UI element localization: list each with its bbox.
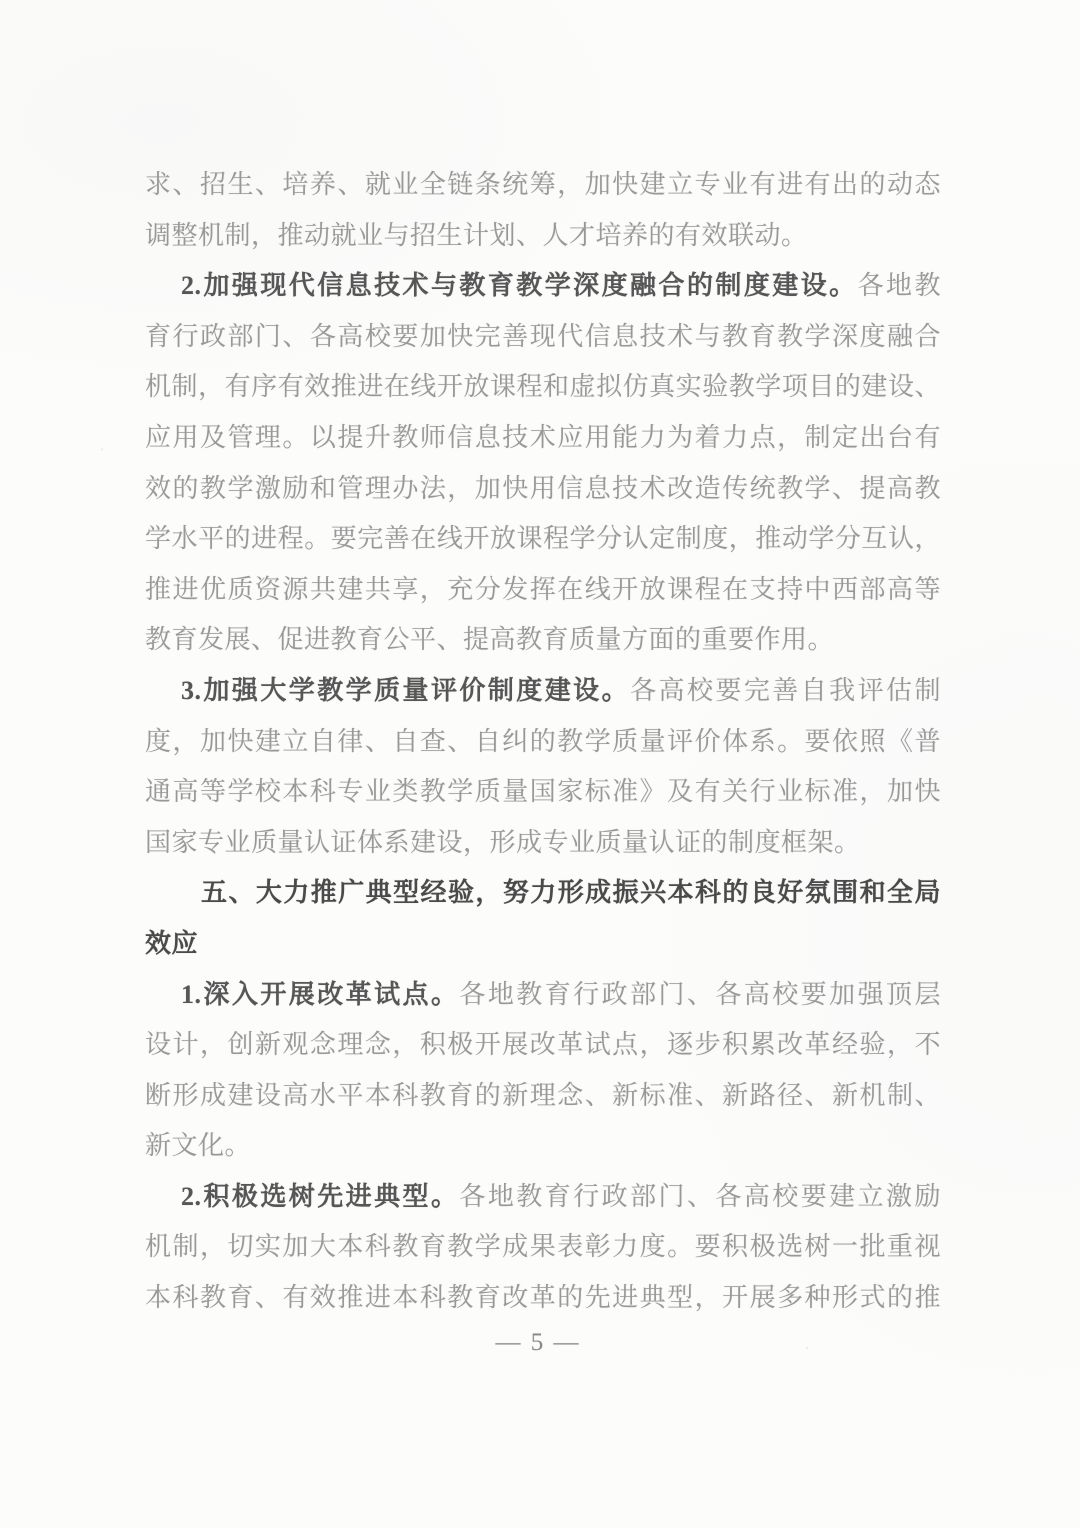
text-line: 五、大力推广典型经验，努力形成振兴本科的良好氛围和全局 — [145, 868, 941, 919]
text-segment: 机制，有序有效推进在线开放课程和虚拟仿真实验教学项目的建设、 — [145, 372, 941, 401]
text-line: 机制，有序有效推进在线开放课程和虚拟仿真实验教学项目的建设、 — [145, 362, 941, 413]
text-line: 教育发展、促进教育公平、提高教育质量方面的重要作用。 — [145, 615, 941, 666]
text-line: 应用及管理。以提升教师信息技术应用能力为着力点，制定出台有 — [145, 413, 941, 464]
text-segment: 国家专业质量认证体系建设，形成专业质量认证的制度框架。 — [145, 828, 861, 857]
text-line: 度，加快建立自律、自查、自纠的教学质量评价体系。要依照《普 — [145, 717, 941, 768]
text-segment: 推进优质资源共建共享，充分发挥在线开放课程在支持中西部高等 — [145, 575, 941, 604]
scan-speck — [466, 232, 469, 235]
page-number: — 5 — — [0, 1328, 1076, 1358]
bold-segment: 1.深入开展改革试点。 — [181, 980, 459, 1009]
text-line: 学水平的进程。要完善在线开放课程学分认定制度，推动学分互认， — [145, 514, 941, 565]
text-line: 求、招生、培养、就业全链条统筹，加快建立专业有进有出的动态 — [145, 160, 941, 211]
scanned-document-page: 求、招生、培养、就业全链条统筹，加快建立专业有进有出的动态调整机制，推动就业与招… — [0, 0, 1080, 1528]
bold-segment: 2.积极选树先进典型。 — [181, 1182, 459, 1211]
text-segment: 各高校要完善自我评估制 — [630, 676, 941, 705]
text-line: 调整机制，推动就业与招生计划、人才培养的有效联动。 — [145, 211, 941, 262]
heading-segment: 效应 — [145, 929, 198, 958]
document-body: 求、招生、培养、就业全链条统筹，加快建立专业有进有出的动态调整机制，推动就业与招… — [145, 160, 941, 1324]
text-segment: 调整机制，推动就业与招生计划、人才培养的有效联动。 — [145, 221, 808, 250]
scan-speck — [806, 1347, 808, 1349]
text-segment: 求、招生、培养、就业全链条统筹，加快建立专业有进有出的动态 — [145, 170, 941, 199]
text-segment: 断形成建设高水平本科教育的新理念、新标准、新路径、新机制、 — [145, 1081, 941, 1110]
text-line: 2.加强现代信息技术与教育教学深度融合的制度建设。各地教 — [145, 261, 941, 312]
text-line: 效的教学激励和管理办法，加快用信息技术改造传统教学、提高教 — [145, 464, 941, 515]
text-line: 断形成建设高水平本科教育的新理念、新标准、新路径、新机制、 — [145, 1071, 941, 1122]
text-segment: 度，加快建立自律、自查、自纠的教学质量评价体系。要依照《普 — [145, 727, 941, 756]
text-segment: 通高等学校本科专业类教学质量国家标准》及有关行业标准，加快 — [145, 777, 941, 806]
scan-speck — [101, 448, 103, 451]
text-line: 设计，创新观念理念，积极开展改革试点，逐步积累改革经验，不 — [145, 1020, 941, 1071]
bold-segment: 3.加强大学教学质量评价制度建设。 — [181, 676, 630, 705]
text-segment: 教育发展、促进教育公平、提高教育质量方面的重要作用。 — [145, 625, 834, 654]
text-segment: 各地教育行政部门、各高校要建立激励 — [459, 1182, 941, 1211]
text-segment: 设计，创新观念理念，积极开展改革试点，逐步积累改革经验，不 — [145, 1030, 941, 1059]
heading-segment: 五、大力推广典型经验，努力形成振兴本科的良好氛围和全局 — [201, 878, 941, 907]
text-segment: 新文化。 — [145, 1131, 251, 1160]
text-line: 通高等学校本科专业类教学质量国家标准》及有关行业标准，加快 — [145, 767, 941, 818]
text-line: 国家专业质量认证体系建设，形成专业质量认证的制度框架。 — [145, 818, 941, 869]
text-line: 效应 — [145, 919, 941, 970]
text-segment: 本科教育、有效推进本科教育改革的先进典型，开展多种形式的推 — [145, 1283, 941, 1312]
bold-segment: 2.加强现代信息技术与教育教学深度融合的制度建设。 — [181, 271, 858, 300]
text-line: 3.加强大学教学质量评价制度建设。各高校要完善自我评估制 — [145, 666, 941, 717]
text-segment: 学水平的进程。要完善在线开放课程学分认定制度，推动学分互认， — [145, 524, 941, 553]
text-line: 育行政部门、各高校要加快完善现代信息技术与教育教学深度融合 — [145, 312, 941, 363]
text-segment: 各地教 — [858, 271, 941, 300]
text-line: 1.深入开展改革试点。各地教育行政部门、各高校要加强顶层 — [145, 970, 941, 1021]
text-segment: 应用及管理。以提升教师信息技术应用能力为着力点，制定出台有 — [145, 423, 941, 452]
text-segment: 效的教学激励和管理办法，加快用信息技术改造传统教学、提高教 — [145, 474, 941, 503]
text-line: 机制，切实加大本科教育教学成果表彰力度。要积极选树一批重视 — [145, 1222, 941, 1273]
text-line: 推进优质资源共建共享，充分发挥在线开放课程在支持中西部高等 — [145, 565, 941, 616]
text-segment: 机制，切实加大本科教育教学成果表彰力度。要积极选树一批重视 — [145, 1232, 941, 1261]
text-segment: 育行政部门、各高校要加快完善现代信息技术与教育教学深度融合 — [145, 322, 941, 351]
text-line: 本科教育、有效推进本科教育改革的先进典型，开展多种形式的推 — [145, 1273, 941, 1324]
text-line: 2.积极选树先进典型。各地教育行政部门、各高校要建立激励 — [145, 1172, 941, 1223]
text-line: 新文化。 — [145, 1121, 941, 1172]
text-segment: 各地教育行政部门、各高校要加强顶层 — [459, 980, 941, 1009]
